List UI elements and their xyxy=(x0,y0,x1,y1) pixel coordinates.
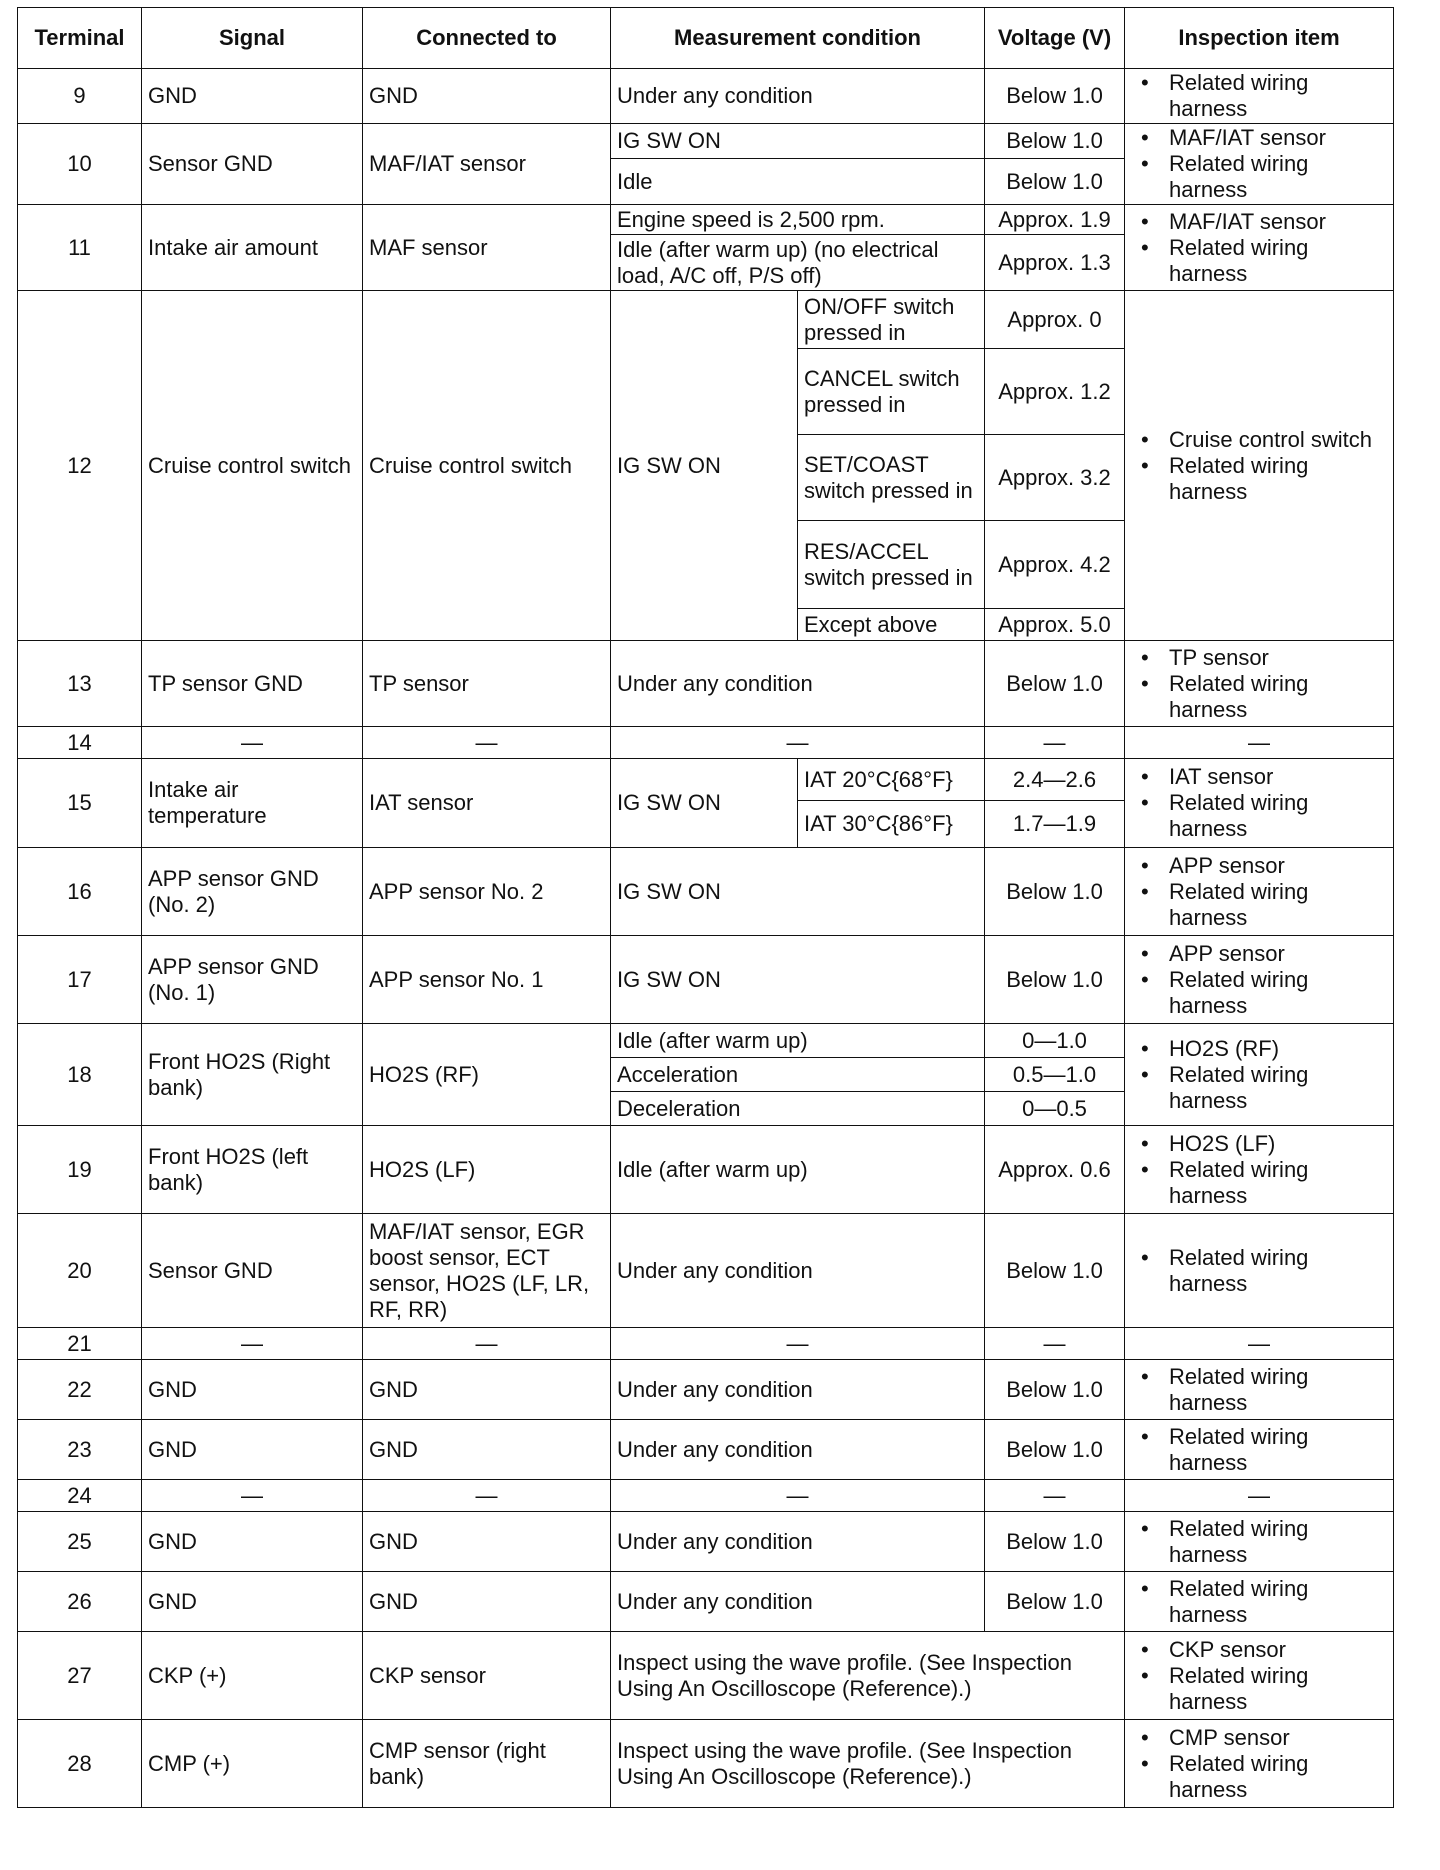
connected-cell: — xyxy=(363,1328,611,1360)
voltage-cell: Below 1.0 xyxy=(985,1214,1125,1328)
connected-cell: TP sensor xyxy=(363,641,611,727)
signal-cell: GND xyxy=(142,1420,363,1480)
inspection-item: Related wiring harness xyxy=(1169,151,1387,203)
condition-cell: Deceleration xyxy=(611,1092,985,1126)
voltage-cell: 1.7—1.9 xyxy=(985,801,1125,848)
condition-cell: — xyxy=(611,1328,985,1360)
header-connected-to: Connected to xyxy=(363,8,611,69)
terminal-cell: 13 xyxy=(18,641,142,727)
voltage-cell: Below 1.0 xyxy=(985,1360,1125,1420)
header-terminal: Terminal xyxy=(18,8,142,69)
table-row: 16 APP sensor GND (No. 2) APP sensor No.… xyxy=(18,848,1394,936)
inspection-item: CMP sensor xyxy=(1169,1725,1387,1751)
terminal-cell: 10 xyxy=(18,124,142,205)
inspection-item: APP sensor xyxy=(1169,853,1387,879)
inspection-item: TP sensor xyxy=(1169,645,1387,671)
table-row: 21 — — — — — xyxy=(18,1328,1394,1360)
inspection-item: Related wiring harness xyxy=(1169,1157,1387,1209)
table-row: 23 GND GND Under any condition Below 1.0… xyxy=(18,1420,1394,1480)
condition-cell: IG SW ON xyxy=(611,936,985,1024)
connected-cell: APP sensor No. 1 xyxy=(363,936,611,1024)
condition-cell: Under any condition xyxy=(611,1420,985,1480)
condition-cell: Inspect using the wave profile. (See Ins… xyxy=(611,1720,1125,1808)
inspection-item: IAT sensor xyxy=(1169,764,1387,790)
signal-cell: — xyxy=(142,1480,363,1512)
inspection-item: Related wiring harness xyxy=(1169,790,1387,842)
terminal-cell: 27 xyxy=(18,1632,142,1720)
voltage-cell: Below 1.0 xyxy=(985,159,1125,205)
terminal-cell: 22 xyxy=(18,1360,142,1420)
inspection-item: CKP sensor xyxy=(1169,1637,1387,1663)
table-row: 17 APP sensor GND (No. 1) APP sensor No.… xyxy=(18,936,1394,1024)
inspection-cell: APP sensorRelated wiring harness xyxy=(1125,848,1394,936)
inspection-item: MAF/IAT sensor xyxy=(1169,209,1387,235)
connected-cell: HO2S (RF) xyxy=(363,1024,611,1126)
inspection-cell: HO2S (LF)Related wiring harness xyxy=(1125,1126,1394,1214)
voltage-cell: 0—0.5 xyxy=(985,1092,1125,1126)
voltage-cell: — xyxy=(985,1328,1125,1360)
signal-cell: GND xyxy=(142,1572,363,1632)
header-inspection-item: Inspection item xyxy=(1125,8,1394,69)
table-row: 25 GND GND Under any condition Below 1.0… xyxy=(18,1512,1394,1572)
signal-cell: APP sensor GND (No. 2) xyxy=(142,848,363,936)
subcondition-cell: Except above xyxy=(798,609,985,641)
table-row: 12 Cruise control switch Cruise control … xyxy=(18,291,1394,349)
subcondition-cell: IAT 30°C{86°F} xyxy=(798,801,985,848)
condition-cell: Under any condition xyxy=(611,1360,985,1420)
inspection-item: Related wiring harness xyxy=(1169,1751,1387,1803)
inspection-item: MAF/IAT sensor xyxy=(1169,125,1387,151)
signal-cell: Sensor GND xyxy=(142,124,363,205)
inspection-cell: CKP sensorRelated wiring harness xyxy=(1125,1632,1394,1720)
signal-cell: — xyxy=(142,1328,363,1360)
signal-cell: CKP (+) xyxy=(142,1632,363,1720)
subcondition-cell: SET/COAST switch pressed in xyxy=(798,435,985,521)
inspection-cell: Related wiring harness xyxy=(1125,1420,1394,1480)
inspection-item: Cruise control switch xyxy=(1169,427,1387,453)
voltage-cell: Approx. 1.9 xyxy=(985,205,1125,235)
table-row: 24 — — — — — xyxy=(18,1480,1394,1512)
table-row: 18 Front HO2S (Right bank) HO2S (RF) Idl… xyxy=(18,1024,1394,1058)
inspection-item: Related wiring harness xyxy=(1169,70,1387,122)
connected-cell: — xyxy=(363,727,611,759)
signal-cell: Cruise control switch xyxy=(142,291,363,641)
terminal-cell: 17 xyxy=(18,936,142,1024)
inspection-cell: Related wiring harness xyxy=(1125,69,1394,124)
signal-cell: Intake air temperature xyxy=(142,759,363,848)
connected-cell: CMP sensor (right bank) xyxy=(363,1720,611,1808)
signal-cell: Sensor GND xyxy=(142,1214,363,1328)
terminal-cell: 11 xyxy=(18,205,142,291)
voltage-cell: 0—1.0 xyxy=(985,1024,1125,1058)
voltage-cell: Below 1.0 xyxy=(985,1420,1125,1480)
voltage-cell: Below 1.0 xyxy=(985,1572,1125,1632)
condition-cell: Under any condition xyxy=(611,1512,985,1572)
voltage-cell: Below 1.0 xyxy=(985,124,1125,159)
table-row: 27 CKP (+) CKP sensor Inspect using the … xyxy=(18,1632,1394,1720)
voltage-cell: Below 1.0 xyxy=(985,69,1125,124)
inspection-cell: APP sensorRelated wiring harness xyxy=(1125,936,1394,1024)
condition-cell: Idle xyxy=(611,159,985,205)
signal-cell: Intake air amount xyxy=(142,205,363,291)
table-row: 19 Front HO2S (left bank) HO2S (LF) Idle… xyxy=(18,1126,1394,1214)
condition-cell: Idle (after warm up) (no electrical load… xyxy=(611,235,985,291)
connected-cell: APP sensor No. 2 xyxy=(363,848,611,936)
voltage-cell: Below 1.0 xyxy=(985,1512,1125,1572)
condition-cell: IG SW ON xyxy=(611,848,985,936)
condition-cell: Acceleration xyxy=(611,1058,985,1092)
signal-cell: APP sensor GND (No. 1) xyxy=(142,936,363,1024)
inspection-cell: — xyxy=(1125,1328,1394,1360)
inspection-cell: CMP sensorRelated wiring harness xyxy=(1125,1720,1394,1808)
condition-cell: Under any condition xyxy=(611,641,985,727)
terminal-cell: 24 xyxy=(18,1480,142,1512)
terminal-cell: 9 xyxy=(18,69,142,124)
condition-cell: IG SW ON xyxy=(611,759,798,848)
connected-cell: MAF/IAT sensor xyxy=(363,124,611,205)
condition-cell: Idle (after warm up) xyxy=(611,1024,985,1058)
inspection-cell: Related wiring harness xyxy=(1125,1572,1394,1632)
inspection-cell: TP sensorRelated wiring harness xyxy=(1125,641,1394,727)
inspection-item: Related wiring harness xyxy=(1169,1576,1387,1628)
connected-cell: GND xyxy=(363,1420,611,1480)
header-voltage: Voltage (V) xyxy=(985,8,1125,69)
voltage-cell: Approx. 4.2 xyxy=(985,521,1125,609)
condition-cell: Under any condition xyxy=(611,69,985,124)
connected-cell: GND xyxy=(363,69,611,124)
inspection-item: Related wiring harness xyxy=(1169,453,1387,505)
subcondition-cell: RES/ACCEL switch pressed in xyxy=(798,521,985,609)
inspection-item: Related wiring harness xyxy=(1169,879,1387,931)
voltage-cell: Approx. 5.0 xyxy=(985,609,1125,641)
inspection-cell: — xyxy=(1125,727,1394,759)
connected-cell: MAF sensor xyxy=(363,205,611,291)
condition-cell: Idle (after warm up) xyxy=(611,1126,985,1214)
header-row: Terminal Signal Connected to Measurement… xyxy=(18,8,1394,69)
table-row: 9 GND GND Under any condition Below 1.0 … xyxy=(18,69,1394,124)
signal-cell: Front HO2S (left bank) xyxy=(142,1126,363,1214)
inspection-cell: HO2S (RF)Related wiring harness xyxy=(1125,1024,1394,1126)
condition-cell: Engine speed is 2,500 rpm. xyxy=(611,205,985,235)
inspection-cell: Related wiring harness xyxy=(1125,1512,1394,1572)
voltage-cell: Below 1.0 xyxy=(985,641,1125,727)
connected-cell: GND xyxy=(363,1360,611,1420)
table-row: 13 TP sensor GND TP sensor Under any con… xyxy=(18,641,1394,727)
terminal-cell: 15 xyxy=(18,759,142,848)
inspection-item: HO2S (RF) xyxy=(1169,1036,1387,1062)
table-row: 22 GND GND Under any condition Below 1.0… xyxy=(18,1360,1394,1420)
terminal-cell: 28 xyxy=(18,1720,142,1808)
voltage-cell: Approx. 3.2 xyxy=(985,435,1125,521)
terminal-cell: 21 xyxy=(18,1328,142,1360)
terminal-cell: 26 xyxy=(18,1572,142,1632)
signal-cell: GND xyxy=(142,1512,363,1572)
voltage-cell: Below 1.0 xyxy=(985,848,1125,936)
condition-cell: Under any condition xyxy=(611,1572,985,1632)
voltage-cell: 0.5—1.0 xyxy=(985,1058,1125,1092)
subcondition-cell: ON/OFF switch pressed in xyxy=(798,291,985,349)
table-row: 26 GND GND Under any condition Below 1.0… xyxy=(18,1572,1394,1632)
signal-cell: GND xyxy=(142,1360,363,1420)
inspection-item: Related wiring harness xyxy=(1169,235,1387,287)
table-row: 20 Sensor GND MAF/IAT sensor, EGR boost … xyxy=(18,1214,1394,1328)
inspection-cell: — xyxy=(1125,1480,1394,1512)
terminal-cell: 18 xyxy=(18,1024,142,1126)
inspection-item: Related wiring harness xyxy=(1169,1364,1387,1416)
voltage-cell: Below 1.0 xyxy=(985,936,1125,1024)
condition-cell: Inspect using the wave profile. (See Ins… xyxy=(611,1632,1125,1720)
inspection-cell: MAF/IAT sensorRelated wiring harness xyxy=(1125,205,1394,291)
inspection-cell: Related wiring harness xyxy=(1125,1214,1394,1328)
connected-cell: — xyxy=(363,1480,611,1512)
condition-cell: — xyxy=(611,1480,985,1512)
condition-cell: Under any condition xyxy=(611,1214,985,1328)
inspection-item: Related wiring harness xyxy=(1169,1516,1387,1568)
inspection-cell: IAT sensorRelated wiring harness xyxy=(1125,759,1394,848)
subcondition-cell: CANCEL switch pressed in xyxy=(798,349,985,435)
inspection-cell: MAF/IAT sensorRelated wiring harness xyxy=(1125,124,1394,205)
signal-cell: TP sensor GND xyxy=(142,641,363,727)
terminal-cell: 23 xyxy=(18,1420,142,1480)
connected-cell: HO2S (LF) xyxy=(363,1126,611,1214)
table-row: 14 — — — — — xyxy=(18,727,1394,759)
inspection-item: Related wiring harness xyxy=(1169,1062,1387,1114)
voltage-cell: Approx. 1.2 xyxy=(985,349,1125,435)
signal-cell: — xyxy=(142,727,363,759)
table-row: 28 CMP (+) CMP sensor (right bank) Inspe… xyxy=(18,1720,1394,1808)
terminal-cell: 16 xyxy=(18,848,142,936)
inspection-item: Related wiring harness xyxy=(1169,1663,1387,1715)
table-row: 15 Intake air temperature IAT sensor IG … xyxy=(18,759,1394,801)
inspection-item: Related wiring harness xyxy=(1169,967,1387,1019)
terminal-cell: 12 xyxy=(18,291,142,641)
inspection-cell: Cruise control switchRelated wiring harn… xyxy=(1125,291,1394,641)
inspection-item: APP sensor xyxy=(1169,941,1387,967)
voltage-cell: Approx. 0 xyxy=(985,291,1125,349)
table-row: 11 Intake air amount MAF sensor Engine s… xyxy=(18,205,1394,235)
connected-cell: Cruise control switch xyxy=(363,291,611,641)
connected-cell: IAT sensor xyxy=(363,759,611,848)
condition-cell: IG SW ON xyxy=(611,124,985,159)
connected-cell: MAF/IAT sensor, EGR boost sensor, ECT se… xyxy=(363,1214,611,1328)
connected-cell: GND xyxy=(363,1512,611,1572)
inspection-cell: Related wiring harness xyxy=(1125,1360,1394,1420)
connected-cell: GND xyxy=(363,1572,611,1632)
inspection-item: Related wiring harness xyxy=(1169,671,1387,723)
header-signal: Signal xyxy=(142,8,363,69)
terminal-voltage-table: Terminal Signal Connected to Measurement… xyxy=(17,7,1394,1808)
terminal-cell: 19 xyxy=(18,1126,142,1214)
subcondition-cell: IAT 20°C{68°F} xyxy=(798,759,985,801)
inspection-item: HO2S (LF) xyxy=(1169,1131,1387,1157)
terminal-cell: 20 xyxy=(18,1214,142,1328)
voltage-cell: Approx. 1.3 xyxy=(985,235,1125,291)
table-row: 10 Sensor GND MAF/IAT sensor IG SW ON Be… xyxy=(18,124,1394,159)
condition-cell: — xyxy=(611,727,985,759)
signal-cell: CMP (+) xyxy=(142,1720,363,1808)
voltage-cell: Approx. 0.6 xyxy=(985,1126,1125,1214)
condition-cell: IG SW ON xyxy=(611,291,798,641)
inspection-item: Related wiring harness xyxy=(1169,1245,1387,1297)
header-measurement-condition: Measurement condition xyxy=(611,8,985,69)
signal-cell: GND xyxy=(142,69,363,124)
voltage-cell: — xyxy=(985,1480,1125,1512)
terminal-cell: 25 xyxy=(18,1512,142,1572)
connected-cell: CKP sensor xyxy=(363,1632,611,1720)
voltage-cell: 2.4—2.6 xyxy=(985,759,1125,801)
terminal-cell: 14 xyxy=(18,727,142,759)
voltage-cell: — xyxy=(985,727,1125,759)
signal-cell: Front HO2S (Right bank) xyxy=(142,1024,363,1126)
inspection-item: Related wiring harness xyxy=(1169,1424,1387,1476)
